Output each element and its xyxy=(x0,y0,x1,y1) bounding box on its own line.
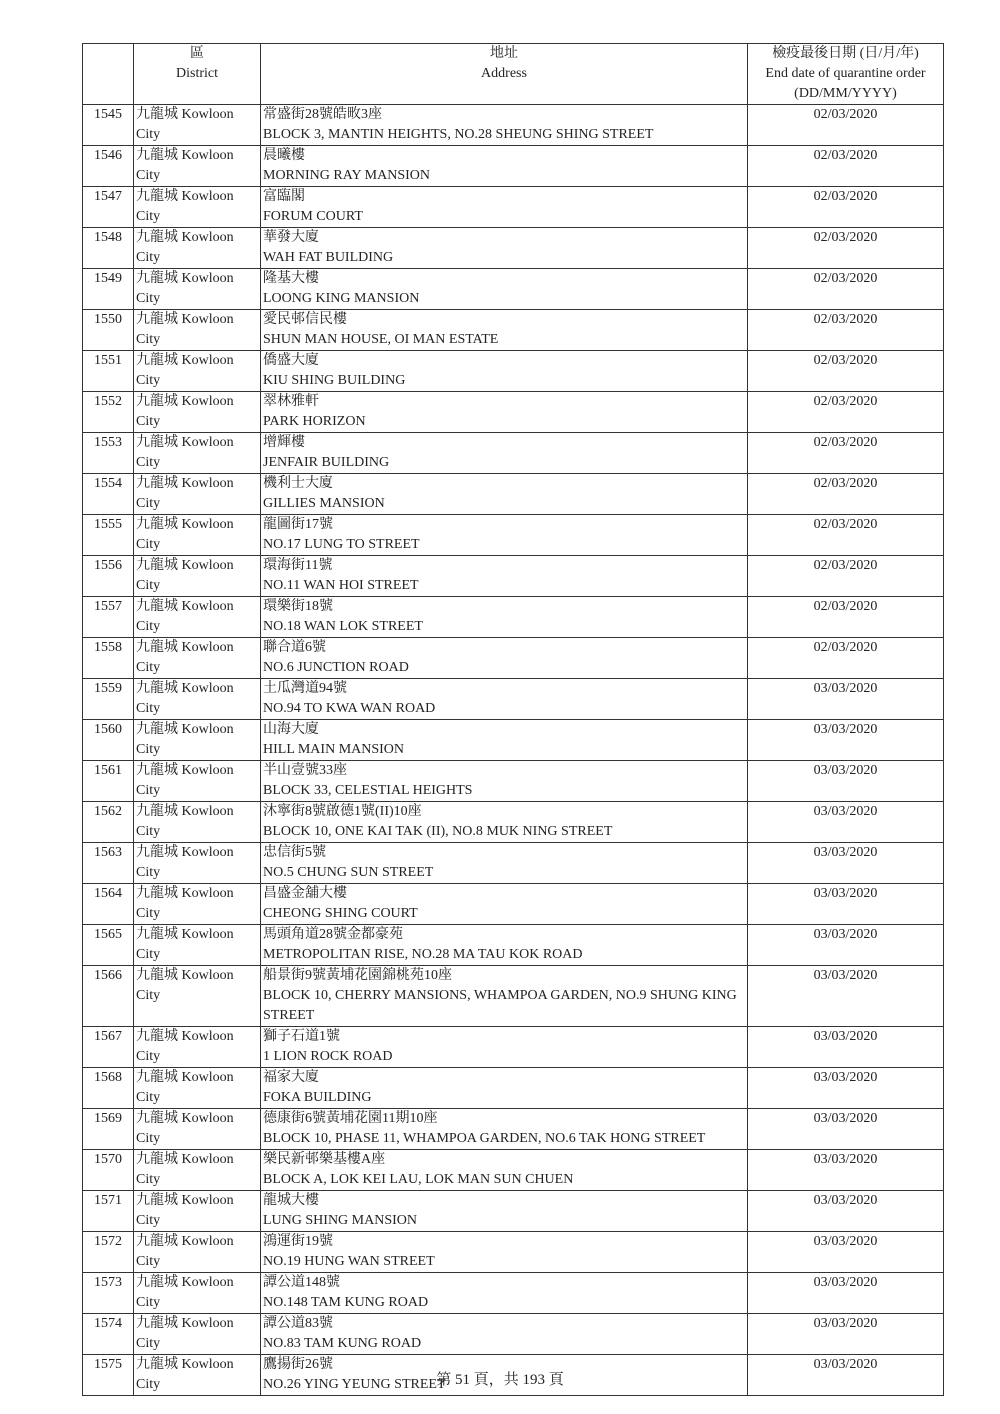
address-zh: 德康街6號黃埔花園11期10座 xyxy=(263,1109,745,1129)
header-district-zh: 區 xyxy=(136,44,258,64)
district-en: City xyxy=(136,617,258,637)
address-zh: 僑盛大廈 xyxy=(263,351,745,371)
district-zh: 九龍城 Kowloon xyxy=(136,720,258,740)
end-date-cell: 02/03/2020 xyxy=(748,105,944,146)
address-zh: 隆基大樓 xyxy=(263,269,745,289)
district-zh: 九龍城 Kowloon xyxy=(136,105,258,125)
address-zh: 樂民新邨樂基樓A座 xyxy=(263,1150,745,1170)
row-number: 1559 xyxy=(83,679,134,720)
address-zh: 華發大廈 xyxy=(263,228,745,248)
address-zh: 翠林雅軒 xyxy=(263,392,745,412)
header-date: 檢疫最後日期 (日/月/年) End date of quarantine or… xyxy=(748,44,944,105)
district-cell: 九龍城 KowloonCity xyxy=(134,638,261,679)
end-date-cell: 03/03/2020 xyxy=(748,884,944,925)
district-zh: 九龍城 Kowloon xyxy=(136,1027,258,1047)
district-cell: 九龍城 KowloonCity xyxy=(134,1191,261,1232)
table-row: 1548九龍城 KowloonCity華發大廈WAH FAT BUILDING0… xyxy=(83,228,944,269)
district-zh: 九龍城 Kowloon xyxy=(136,515,258,535)
district-zh: 九龍城 Kowloon xyxy=(136,433,258,453)
district-cell: 九龍城 KowloonCity xyxy=(134,1150,261,1191)
district-cell: 九龍城 KowloonCity xyxy=(134,761,261,802)
district-zh: 九龍城 Kowloon xyxy=(136,310,258,330)
address-cell: 富臨閣FORUM COURT xyxy=(261,187,748,228)
district-cell: 九龍城 KowloonCity xyxy=(134,310,261,351)
end-date-cell: 03/03/2020 xyxy=(748,1150,944,1191)
table-row: 1574九龍城 KowloonCity譚公道83號NO.83 TAM KUNG … xyxy=(83,1314,944,1355)
address-en: NO.83 TAM KUNG ROAD xyxy=(263,1334,745,1354)
address-cell: 鴻運街19號NO.19 HUNG WAN STREET xyxy=(261,1232,748,1273)
header-address: 地址 Address xyxy=(261,44,748,105)
address-zh: 鴻運街19號 xyxy=(263,1232,745,1252)
district-cell: 九龍城 KowloonCity xyxy=(134,146,261,187)
end-date-cell: 02/03/2020 xyxy=(748,638,944,679)
district-zh: 九龍城 Kowloon xyxy=(136,884,258,904)
district-en: City xyxy=(136,1047,258,1067)
district-cell: 九龍城 KowloonCity xyxy=(134,720,261,761)
district-en: City xyxy=(136,1129,258,1149)
address-en: 1 LION ROCK ROAD xyxy=(263,1047,745,1067)
district-en: City xyxy=(136,166,258,186)
end-date-cell: 03/03/2020 xyxy=(748,1191,944,1232)
address-zh: 龍圖街17號 xyxy=(263,515,745,535)
row-number: 1546 xyxy=(83,146,134,187)
address-zh: 譚公道148號 xyxy=(263,1273,745,1293)
district-cell: 九龍城 KowloonCity xyxy=(134,597,261,638)
address-zh: 獅子石道1號 xyxy=(263,1027,745,1047)
address-cell: 船景街9號黃埔花園錦桃苑10座BLOCK 10, CHERRY MANSIONS… xyxy=(261,966,748,1027)
district-en: City xyxy=(136,1334,258,1354)
address-cell: 譚公道83號NO.83 TAM KUNG ROAD xyxy=(261,1314,748,1355)
table-row: 1559九龍城 KowloonCity土瓜灣道94號NO.94 TO KWA W… xyxy=(83,679,944,720)
end-date-cell: 02/03/2020 xyxy=(748,310,944,351)
district-en: City xyxy=(136,412,258,432)
end-date-cell: 03/03/2020 xyxy=(748,1314,944,1355)
end-date-cell: 03/03/2020 xyxy=(748,1109,944,1150)
district-cell: 九龍城 KowloonCity xyxy=(134,105,261,146)
row-number: 1552 xyxy=(83,392,134,433)
table-row: 1557九龍城 KowloonCity環樂街18號NO.18 WAN LOK S… xyxy=(83,597,944,638)
district-zh: 九龍城 Kowloon xyxy=(136,843,258,863)
table-row: 1568九龍城 KowloonCity福家大廈FOKA BUILDING03/0… xyxy=(83,1068,944,1109)
address-zh: 土瓜灣道94號 xyxy=(263,679,745,699)
district-zh: 九龍城 Kowloon xyxy=(136,1232,258,1252)
district-en: City xyxy=(136,822,258,842)
district-zh: 九龍城 Kowloon xyxy=(136,1273,258,1293)
district-en: City xyxy=(136,740,258,760)
row-number: 1557 xyxy=(83,597,134,638)
district-en: City xyxy=(136,1211,258,1231)
table-row: 1550九龍城 KowloonCity愛民邨信民樓SHUN MAN HOUSE,… xyxy=(83,310,944,351)
address-en: FOKA BUILDING xyxy=(263,1088,745,1108)
district-en: City xyxy=(136,863,258,883)
district-zh: 九龍城 Kowloon xyxy=(136,1150,258,1170)
address-cell: 龍圖街17號NO.17 LUNG TO STREET xyxy=(261,515,748,556)
district-cell: 九龍城 KowloonCity xyxy=(134,474,261,515)
district-en: City xyxy=(136,1170,258,1190)
district-zh: 九龍城 Kowloon xyxy=(136,1191,258,1211)
header-district: 區 District xyxy=(134,44,261,105)
row-number: 1560 xyxy=(83,720,134,761)
district-zh: 九龍城 Kowloon xyxy=(136,1314,258,1334)
district-cell: 九龍城 KowloonCity xyxy=(134,1109,261,1150)
address-zh: 環樂街18號 xyxy=(263,597,745,617)
row-number: 1545 xyxy=(83,105,134,146)
address-zh: 聯合道6號 xyxy=(263,638,745,658)
district-zh: 九龍城 Kowloon xyxy=(136,392,258,412)
address-en: GILLIES MANSION xyxy=(263,494,745,514)
row-number: 1566 xyxy=(83,966,134,1027)
address-zh: 福家大廈 xyxy=(263,1068,745,1088)
address-cell: 半山壹號33座BLOCK 33, CELESTIAL HEIGHTS xyxy=(261,761,748,802)
address-cell: 獅子石道1號1 LION ROCK ROAD xyxy=(261,1027,748,1068)
address-cell: 沐寧街8號啟德1號(II)10座BLOCK 10, ONE KAI TAK (I… xyxy=(261,802,748,843)
table-row: 1562九龍城 KowloonCity沐寧街8號啟德1號(II)10座BLOCK… xyxy=(83,802,944,843)
address-en: LOONG KING MANSION xyxy=(263,289,745,309)
address-cell: 福家大廈FOKA BUILDING xyxy=(261,1068,748,1109)
address-en: NO.17 LUNG TO STREET xyxy=(263,535,745,555)
address-en: LUNG SHING MANSION xyxy=(263,1211,745,1231)
end-date-cell: 02/03/2020 xyxy=(748,392,944,433)
district-en: City xyxy=(136,986,258,1006)
address-en: BLOCK 10, ONE KAI TAK (II), NO.8 MUK NIN… xyxy=(263,822,745,842)
address-zh: 忠信街5號 xyxy=(263,843,745,863)
district-zh: 九龍城 Kowloon xyxy=(136,556,258,576)
district-en: City xyxy=(136,1088,258,1108)
header-date-zh: 檢疫最後日期 (日/月/年) xyxy=(750,44,941,64)
district-en: City xyxy=(136,945,258,965)
address-en: NO.19 HUNG WAN STREET xyxy=(263,1252,745,1272)
row-number: 1556 xyxy=(83,556,134,597)
district-cell: 九龍城 KowloonCity xyxy=(134,351,261,392)
row-number: 1555 xyxy=(83,515,134,556)
district-cell: 九龍城 KowloonCity xyxy=(134,925,261,966)
end-date-cell: 03/03/2020 xyxy=(748,1068,944,1109)
end-date-cell: 02/03/2020 xyxy=(748,228,944,269)
row-number: 1554 xyxy=(83,474,134,515)
header-address-zh: 地址 xyxy=(263,44,745,64)
address-en: HILL MAIN MANSION xyxy=(263,740,745,760)
header-district-en: District xyxy=(136,64,258,84)
district-cell: 九龍城 KowloonCity xyxy=(134,802,261,843)
district-en: City xyxy=(136,371,258,391)
address-en: BLOCK 10, PHASE 11, WHAMPOA GARDEN, NO.6… xyxy=(263,1129,745,1149)
district-zh: 九龍城 Kowloon xyxy=(136,597,258,617)
table-row: 1555九龍城 KowloonCity龍圖街17號NO.17 LUNG TO S… xyxy=(83,515,944,556)
table-row: 1547九龍城 KowloonCity富臨閣FORUM COURT02/03/2… xyxy=(83,187,944,228)
address-zh: 半山壹號33座 xyxy=(263,761,745,781)
district-en: City xyxy=(136,1252,258,1272)
address-cell: 晨曦樓MORNING RAY MANSION xyxy=(261,146,748,187)
address-en: KIU SHING BUILDING xyxy=(263,371,745,391)
address-cell: 常盛街28號皓畋3座BLOCK 3, MANTIN HEIGHTS, NO.28… xyxy=(261,105,748,146)
address-en: NO.18 WAN LOK STREET xyxy=(263,617,745,637)
row-number: 1571 xyxy=(83,1191,134,1232)
row-number: 1562 xyxy=(83,802,134,843)
district-zh: 九龍城 Kowloon xyxy=(136,966,258,986)
address-en: CHEONG SHING COURT xyxy=(263,904,745,924)
address-en: WAH FAT BUILDING xyxy=(263,248,745,268)
address-cell: 龍城大樓LUNG SHING MANSION xyxy=(261,1191,748,1232)
address-en: NO.94 TO KWA WAN ROAD xyxy=(263,699,745,719)
address-zh: 常盛街28號皓畋3座 xyxy=(263,105,745,125)
end-date-cell: 03/03/2020 xyxy=(748,679,944,720)
end-date-cell: 03/03/2020 xyxy=(748,720,944,761)
end-date-cell: 02/03/2020 xyxy=(748,474,944,515)
end-date-cell: 02/03/2020 xyxy=(748,515,944,556)
end-date-cell: 02/03/2020 xyxy=(748,269,944,310)
address-zh: 晨曦樓 xyxy=(263,146,745,166)
district-cell: 九龍城 KowloonCity xyxy=(134,228,261,269)
district-en: City xyxy=(136,658,258,678)
row-number: 1549 xyxy=(83,269,134,310)
row-number: 1548 xyxy=(83,228,134,269)
address-cell: 翠林雅軒PARK HORIZON xyxy=(261,392,748,433)
district-en: City xyxy=(136,535,258,555)
address-cell: 忠信街5號NO.5 CHUNG SUN STREET xyxy=(261,843,748,884)
end-date-cell: 02/03/2020 xyxy=(748,433,944,474)
row-number: 1558 xyxy=(83,638,134,679)
address-zh: 船景街9號黃埔花園錦桃苑10座 xyxy=(263,966,745,986)
table-row: 1551九龍城 KowloonCity僑盛大廈KIU SHING BUILDIN… xyxy=(83,351,944,392)
address-zh: 昌盛金舖大樓 xyxy=(263,884,745,904)
table-row: 1553九龍城 KowloonCity增輝樓JENFAIR BUILDING02… xyxy=(83,433,944,474)
address-zh: 譚公道83號 xyxy=(263,1314,745,1334)
district-zh: 九龍城 Kowloon xyxy=(136,187,258,207)
address-en: NO.6 JUNCTION ROAD xyxy=(263,658,745,678)
end-date-cell: 03/03/2020 xyxy=(748,966,944,1027)
end-date-cell: 03/03/2020 xyxy=(748,1273,944,1314)
end-date-cell: 02/03/2020 xyxy=(748,556,944,597)
row-number: 1561 xyxy=(83,761,134,802)
district-zh: 九龍城 Kowloon xyxy=(136,1109,258,1129)
district-cell: 九龍城 KowloonCity xyxy=(134,1068,261,1109)
district-en: City xyxy=(136,494,258,514)
address-en: PARK HORIZON xyxy=(263,412,745,432)
header-address-en: Address xyxy=(263,64,745,84)
district-cell: 九龍城 KowloonCity xyxy=(134,1314,261,1355)
district-zh: 九龍城 Kowloon xyxy=(136,351,258,371)
address-cell: 聯合道6號NO.6 JUNCTION ROAD xyxy=(261,638,748,679)
end-date-cell: 02/03/2020 xyxy=(748,597,944,638)
address-cell: 德康街6號黃埔花園11期10座BLOCK 10, PHASE 11, WHAMP… xyxy=(261,1109,748,1150)
row-number: 1567 xyxy=(83,1027,134,1068)
end-date-cell: 03/03/2020 xyxy=(748,761,944,802)
district-cell: 九龍城 KowloonCity xyxy=(134,515,261,556)
district-zh: 九龍城 Kowloon xyxy=(136,638,258,658)
district-zh: 九龍城 Kowloon xyxy=(136,228,258,248)
header-number xyxy=(83,44,134,105)
district-cell: 九龍城 KowloonCity xyxy=(134,556,261,597)
address-en: METROPOLITAN RISE, NO.28 MA TAU KOK ROAD xyxy=(263,945,745,965)
address-en: FORUM COURT xyxy=(263,207,745,227)
district-en: City xyxy=(136,576,258,596)
row-number: 1565 xyxy=(83,925,134,966)
table-row: 1549九龍城 KowloonCity隆基大樓LOONG KING MANSIO… xyxy=(83,269,944,310)
address-cell: 環樂街18號NO.18 WAN LOK STREET xyxy=(261,597,748,638)
district-en: City xyxy=(136,453,258,473)
district-en: City xyxy=(136,904,258,924)
table-row: 1561九龍城 KowloonCity半山壹號33座BLOCK 33, CELE… xyxy=(83,761,944,802)
end-date-cell: 02/03/2020 xyxy=(748,351,944,392)
district-zh: 九龍城 Kowloon xyxy=(136,474,258,494)
address-en: BLOCK 33, CELESTIAL HEIGHTS xyxy=(263,781,745,801)
district-en: City xyxy=(136,1293,258,1313)
table-row: 1564九龍城 KowloonCity昌盛金舖大樓CHEONG SHING CO… xyxy=(83,884,944,925)
row-number: 1572 xyxy=(83,1232,134,1273)
address-cell: 機利士大廈GILLIES MANSION xyxy=(261,474,748,515)
address-en: BLOCK 10, CHERRY MANSIONS, WHAMPOA GARDE… xyxy=(263,986,745,1026)
district-cell: 九龍城 KowloonCity xyxy=(134,884,261,925)
district-en: City xyxy=(136,125,258,145)
district-cell: 九龍城 KowloonCity xyxy=(134,1232,261,1273)
page-number: 第 51 頁，共 193 頁 xyxy=(0,1368,1000,1389)
row-number: 1574 xyxy=(83,1314,134,1355)
address-en: JENFAIR BUILDING xyxy=(263,453,745,473)
row-number: 1563 xyxy=(83,843,134,884)
table-row: 1546九龍城 KowloonCity晨曦樓MORNING RAY MANSIO… xyxy=(83,146,944,187)
district-cell: 九龍城 KowloonCity xyxy=(134,269,261,310)
address-cell: 山海大廈HILL MAIN MANSION xyxy=(261,720,748,761)
row-number: 1551 xyxy=(83,351,134,392)
end-date-cell: 02/03/2020 xyxy=(748,146,944,187)
table-row: 1552九龍城 KowloonCity翠林雅軒PARK HORIZON02/03… xyxy=(83,392,944,433)
table-row: 1569九龍城 KowloonCity德康街6號黃埔花園11期10座BLOCK … xyxy=(83,1109,944,1150)
end-date-cell: 03/03/2020 xyxy=(748,1027,944,1068)
table-row: 1563九龍城 KowloonCity忠信街5號NO.5 CHUNG SUN S… xyxy=(83,843,944,884)
district-en: City xyxy=(136,207,258,227)
address-zh: 機利士大廈 xyxy=(263,474,745,494)
address-zh: 龍城大樓 xyxy=(263,1191,745,1211)
district-en: City xyxy=(136,781,258,801)
address-cell: 僑盛大廈KIU SHING BUILDING xyxy=(261,351,748,392)
row-number: 1553 xyxy=(83,433,134,474)
table-header-row: 區 District 地址 Address 檢疫最後日期 (日/月/年) End… xyxy=(83,44,944,105)
district-cell: 九龍城 KowloonCity xyxy=(134,1273,261,1314)
end-date-cell: 02/03/2020 xyxy=(748,187,944,228)
address-zh: 沐寧街8號啟德1號(II)10座 xyxy=(263,802,745,822)
address-en: NO.5 CHUNG SUN STREET xyxy=(263,863,745,883)
table-row: 1566九龍城 KowloonCity船景街9號黃埔花園錦桃苑10座BLOCK … xyxy=(83,966,944,1027)
table-row: 1573九龍城 KowloonCity譚公道148號NO.148 TAM KUN… xyxy=(83,1273,944,1314)
address-zh: 環海街11號 xyxy=(263,556,745,576)
address-cell: 樂民新邨樂基樓A座BLOCK A, LOK KEI LAU, LOK MAN S… xyxy=(261,1150,748,1191)
district-en: City xyxy=(136,699,258,719)
address-zh: 愛民邨信民樓 xyxy=(263,310,745,330)
address-cell: 土瓜灣道94號NO.94 TO KWA WAN ROAD xyxy=(261,679,748,720)
header-date-en: End date of quarantine order xyxy=(750,64,941,84)
table-row: 1572九龍城 KowloonCity鴻運街19號NO.19 HUNG WAN … xyxy=(83,1232,944,1273)
address-cell: 譚公道148號NO.148 TAM KUNG ROAD xyxy=(261,1273,748,1314)
row-number: 1569 xyxy=(83,1109,134,1150)
table-row: 1571九龍城 KowloonCity龍城大樓LUNG SHING MANSIO… xyxy=(83,1191,944,1232)
table-row: 1545九龍城 KowloonCity常盛街28號皓畋3座BLOCK 3, MA… xyxy=(83,105,944,146)
end-date-cell: 03/03/2020 xyxy=(748,843,944,884)
row-number: 1547 xyxy=(83,187,134,228)
row-number: 1564 xyxy=(83,884,134,925)
row-number: 1573 xyxy=(83,1273,134,1314)
address-en: MORNING RAY MANSION xyxy=(263,166,745,186)
district-cell: 九龍城 KowloonCity xyxy=(134,679,261,720)
address-cell: 愛民邨信民樓SHUN MAN HOUSE, OI MAN ESTATE xyxy=(261,310,748,351)
district-zh: 九龍城 Kowloon xyxy=(136,1068,258,1088)
district-en: City xyxy=(136,289,258,309)
table-row: 1560九龍城 KowloonCity山海大廈HILL MAIN MANSION… xyxy=(83,720,944,761)
district-cell: 九龍城 KowloonCity xyxy=(134,433,261,474)
address-cell: 增輝樓JENFAIR BUILDING xyxy=(261,433,748,474)
address-cell: 昌盛金舖大樓CHEONG SHING COURT xyxy=(261,884,748,925)
address-zh: 馬頭角道28號金都豪苑 xyxy=(263,925,745,945)
address-cell: 華發大廈WAH FAT BUILDING xyxy=(261,228,748,269)
address-en: BLOCK A, LOK KEI LAU, LOK MAN SUN CHUEN xyxy=(263,1170,745,1190)
district-zh: 九龍城 Kowloon xyxy=(136,925,258,945)
quarantine-table: 區 District 地址 Address 檢疫最後日期 (日/月/年) End… xyxy=(82,43,944,1396)
table-row: 1570九龍城 KowloonCity樂民新邨樂基樓A座BLOCK A, LOK… xyxy=(83,1150,944,1191)
district-zh: 九龍城 Kowloon xyxy=(136,269,258,289)
district-zh: 九龍城 Kowloon xyxy=(136,761,258,781)
address-en: SHUN MAN HOUSE, OI MAN ESTATE xyxy=(263,330,745,350)
end-date-cell: 03/03/2020 xyxy=(748,925,944,966)
address-cell: 隆基大樓LOONG KING MANSION xyxy=(261,269,748,310)
address-en: NO.11 WAN HOI STREET xyxy=(263,576,745,596)
table-row: 1554九龍城 KowloonCity機利士大廈GILLIES MANSION0… xyxy=(83,474,944,515)
table-row: 1565九龍城 KowloonCity馬頭角道28號金都豪苑METROPOLIT… xyxy=(83,925,944,966)
address-en: NO.148 TAM KUNG ROAD xyxy=(263,1293,745,1313)
district-en: City xyxy=(136,248,258,268)
table-row: 1556九龍城 KowloonCity環海街11號NO.11 WAN HOI S… xyxy=(83,556,944,597)
end-date-cell: 03/03/2020 xyxy=(748,1232,944,1273)
address-zh: 山海大廈 xyxy=(263,720,745,740)
district-cell: 九龍城 KowloonCity xyxy=(134,187,261,228)
row-number: 1568 xyxy=(83,1068,134,1109)
district-zh: 九龍城 Kowloon xyxy=(136,146,258,166)
table-row: 1558九龍城 KowloonCity聯合道6號NO.6 JUNCTION RO… xyxy=(83,638,944,679)
district-en: City xyxy=(136,330,258,350)
district-cell: 九龍城 KowloonCity xyxy=(134,1027,261,1068)
row-number: 1570 xyxy=(83,1150,134,1191)
district-cell: 九龍城 KowloonCity xyxy=(134,966,261,1027)
table-row: 1567九龍城 KowloonCity獅子石道1號1 LION ROCK ROA… xyxy=(83,1027,944,1068)
address-zh: 增輝樓 xyxy=(263,433,745,453)
address-cell: 馬頭角道28號金都豪苑METROPOLITAN RISE, NO.28 MA T… xyxy=(261,925,748,966)
address-zh: 富臨閣 xyxy=(263,187,745,207)
district-cell: 九龍城 KowloonCity xyxy=(134,392,261,433)
address-cell: 環海街11號NO.11 WAN HOI STREET xyxy=(261,556,748,597)
header-date-format: (DD/MM/YYYY) xyxy=(750,84,941,104)
district-cell: 九龍城 KowloonCity xyxy=(134,843,261,884)
district-zh: 九龍城 Kowloon xyxy=(136,679,258,699)
district-zh: 九龍城 Kowloon xyxy=(136,802,258,822)
row-number: 1550 xyxy=(83,310,134,351)
end-date-cell: 03/03/2020 xyxy=(748,802,944,843)
table-body: 1545九龍城 KowloonCity常盛街28號皓畋3座BLOCK 3, MA… xyxy=(83,105,944,1396)
address-en: BLOCK 3, MANTIN HEIGHTS, NO.28 SHEUNG SH… xyxy=(263,125,745,145)
